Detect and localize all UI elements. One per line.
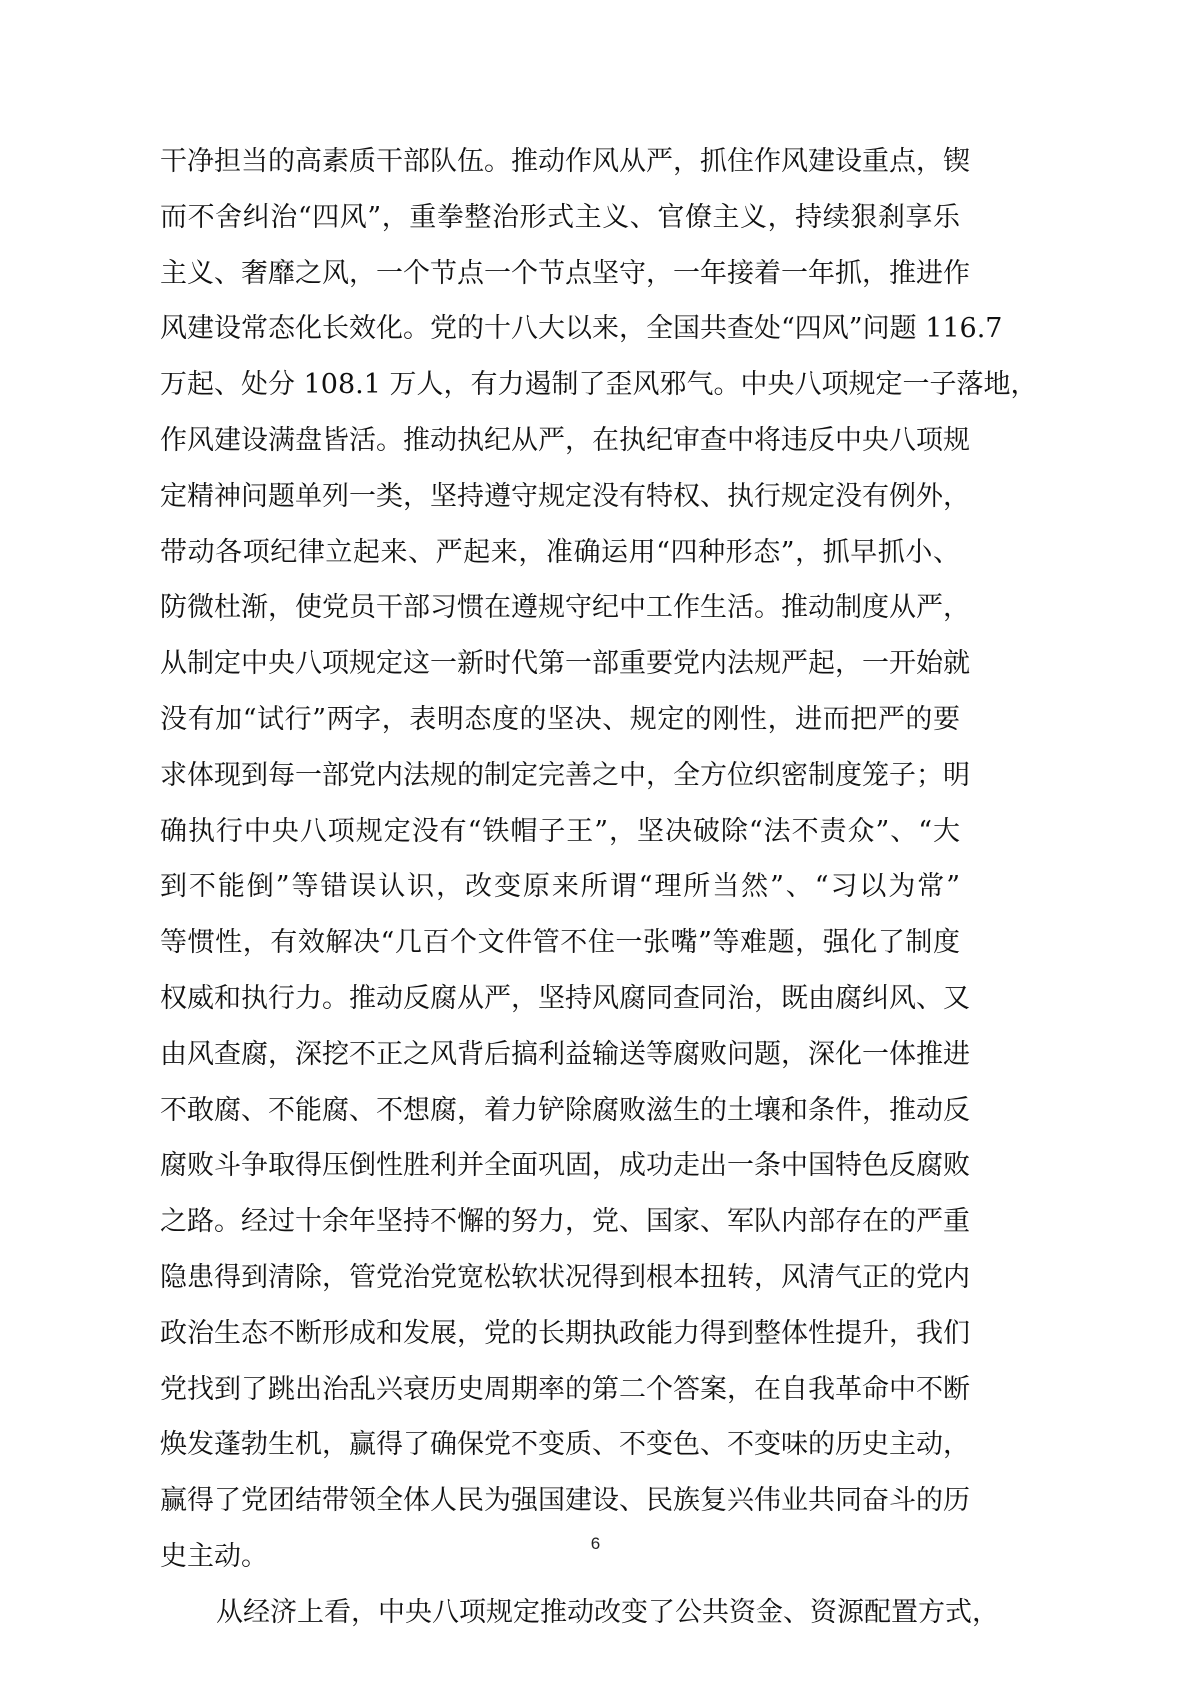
- body-text: 干净担当的高素质干部队伍。推动作风从严，抓住作风建设重点，锲 而不舍纠治“四风”…: [160, 134, 960, 1641]
- text-line: 权威和执行力。推动反腐从严，坚持风腐同查同治，既由腐纠风、又: [160, 971, 960, 1027]
- text-line: 定精神问题单列一类，坚持遵守规定没有特权、执行规定没有例外，: [160, 469, 960, 525]
- text-line: 由风查腐，深挖不正之风背后搞利益输送等腐败问题，深化一体推进: [160, 1027, 960, 1083]
- text-line: 主义、奢靡之风，一个节点一个节点坚守，一年接着一年抓，推进作: [160, 246, 960, 302]
- text-line: 防微杜渐，使党员干部习惯在遵规守纪中工作生活。推动制度从严，: [160, 580, 960, 636]
- text-line: 焕发蓬勃生机，赢得了确保党不变质、不变色、不变味的历史主动，: [160, 1417, 960, 1473]
- text-line: 从制定中央八项规定这一新时代第一部重要党内法规严起，一开始就: [160, 636, 960, 692]
- text-line: 没有加“试行”两字，表明态度的坚决、规定的刚性，进而把严的要: [160, 692, 960, 748]
- document-page: 干净担当的高素质干部队伍。推动作风从严，抓住作风建设重点，锲 而不舍纠治“四风”…: [0, 0, 1191, 1684]
- text-line: 之路。经过十余年坚持不懈的努力，党、国家、军队内部存在的严重: [160, 1194, 960, 1250]
- text-line: 带动各项纪律立起来、严起来，准确运用“四种形态”，抓早抓小、: [160, 525, 960, 581]
- text-line: 等惯性，有效解决“几百个文件管不住一张嘴”等难题，强化了制度: [160, 915, 960, 971]
- text-line: 确执行中央八项规定没有“铁帽子王”，坚决破除“法不责众”、“大: [160, 804, 960, 860]
- text-line: 万起、处分 108.1 万人，有力遏制了歪风邪气。中央八项规定一子落地，: [160, 357, 960, 413]
- text-line: 不敢腐、不能腐、不想腐，着力铲除腐败滋生的土壤和条件，推动反: [160, 1083, 960, 1139]
- text-line: 赢得了党团结带领全体人民为强国建设、民族复兴伟业共同奋斗的历: [160, 1473, 960, 1529]
- text-line: 腐败斗争取得压倒性胜利并全面巩固，成功走出一条中国特色反腐败: [160, 1138, 960, 1194]
- text-line: 而不舍纠治“四风”，重拳整治形式主义、官僚主义，持续狠刹享乐: [160, 190, 960, 246]
- text-line: 风建设常态化长效化。党的十八大以来，全国共查处“四风”问题 116.7: [160, 301, 960, 357]
- page-number: 6: [0, 1534, 1191, 1554]
- paragraph-2: 从经济上看，中央八项规定推动改变了公共资金、资源配置方式，: [160, 1585, 960, 1641]
- text-line: 隐患得到清除，管党治党宽松软状况得到根本扭转，风清气正的党内: [160, 1250, 960, 1306]
- text-line: 到不能倒”等错误认识，改变原来所谓“理所当然”、“习以为常”: [160, 859, 960, 915]
- text-line: 从经济上看，中央八项规定推动改变了公共资金、资源配置方式，: [160, 1585, 960, 1641]
- text-line: 求体现到每一部党内法规的制定完善之中，全方位织密制度笼子；明: [160, 748, 960, 804]
- text-line: 干净担当的高素质干部队伍。推动作风从严，抓住作风建设重点，锲: [160, 134, 960, 190]
- text-line: 党找到了跳出治乱兴衰历史周期率的第二个答案，在自我革命中不断: [160, 1362, 960, 1418]
- paragraph-1: 干净担当的高素质干部队伍。推动作风从严，抓住作风建设重点，锲 而不舍纠治“四风”…: [160, 134, 960, 1585]
- text-line: 作风建设满盘皆活。推动执纪从严，在执纪审查中将违反中央八项规: [160, 413, 960, 469]
- text-line: 政治生态不断形成和发展，党的长期执政能力得到整体性提升，我们: [160, 1306, 960, 1362]
